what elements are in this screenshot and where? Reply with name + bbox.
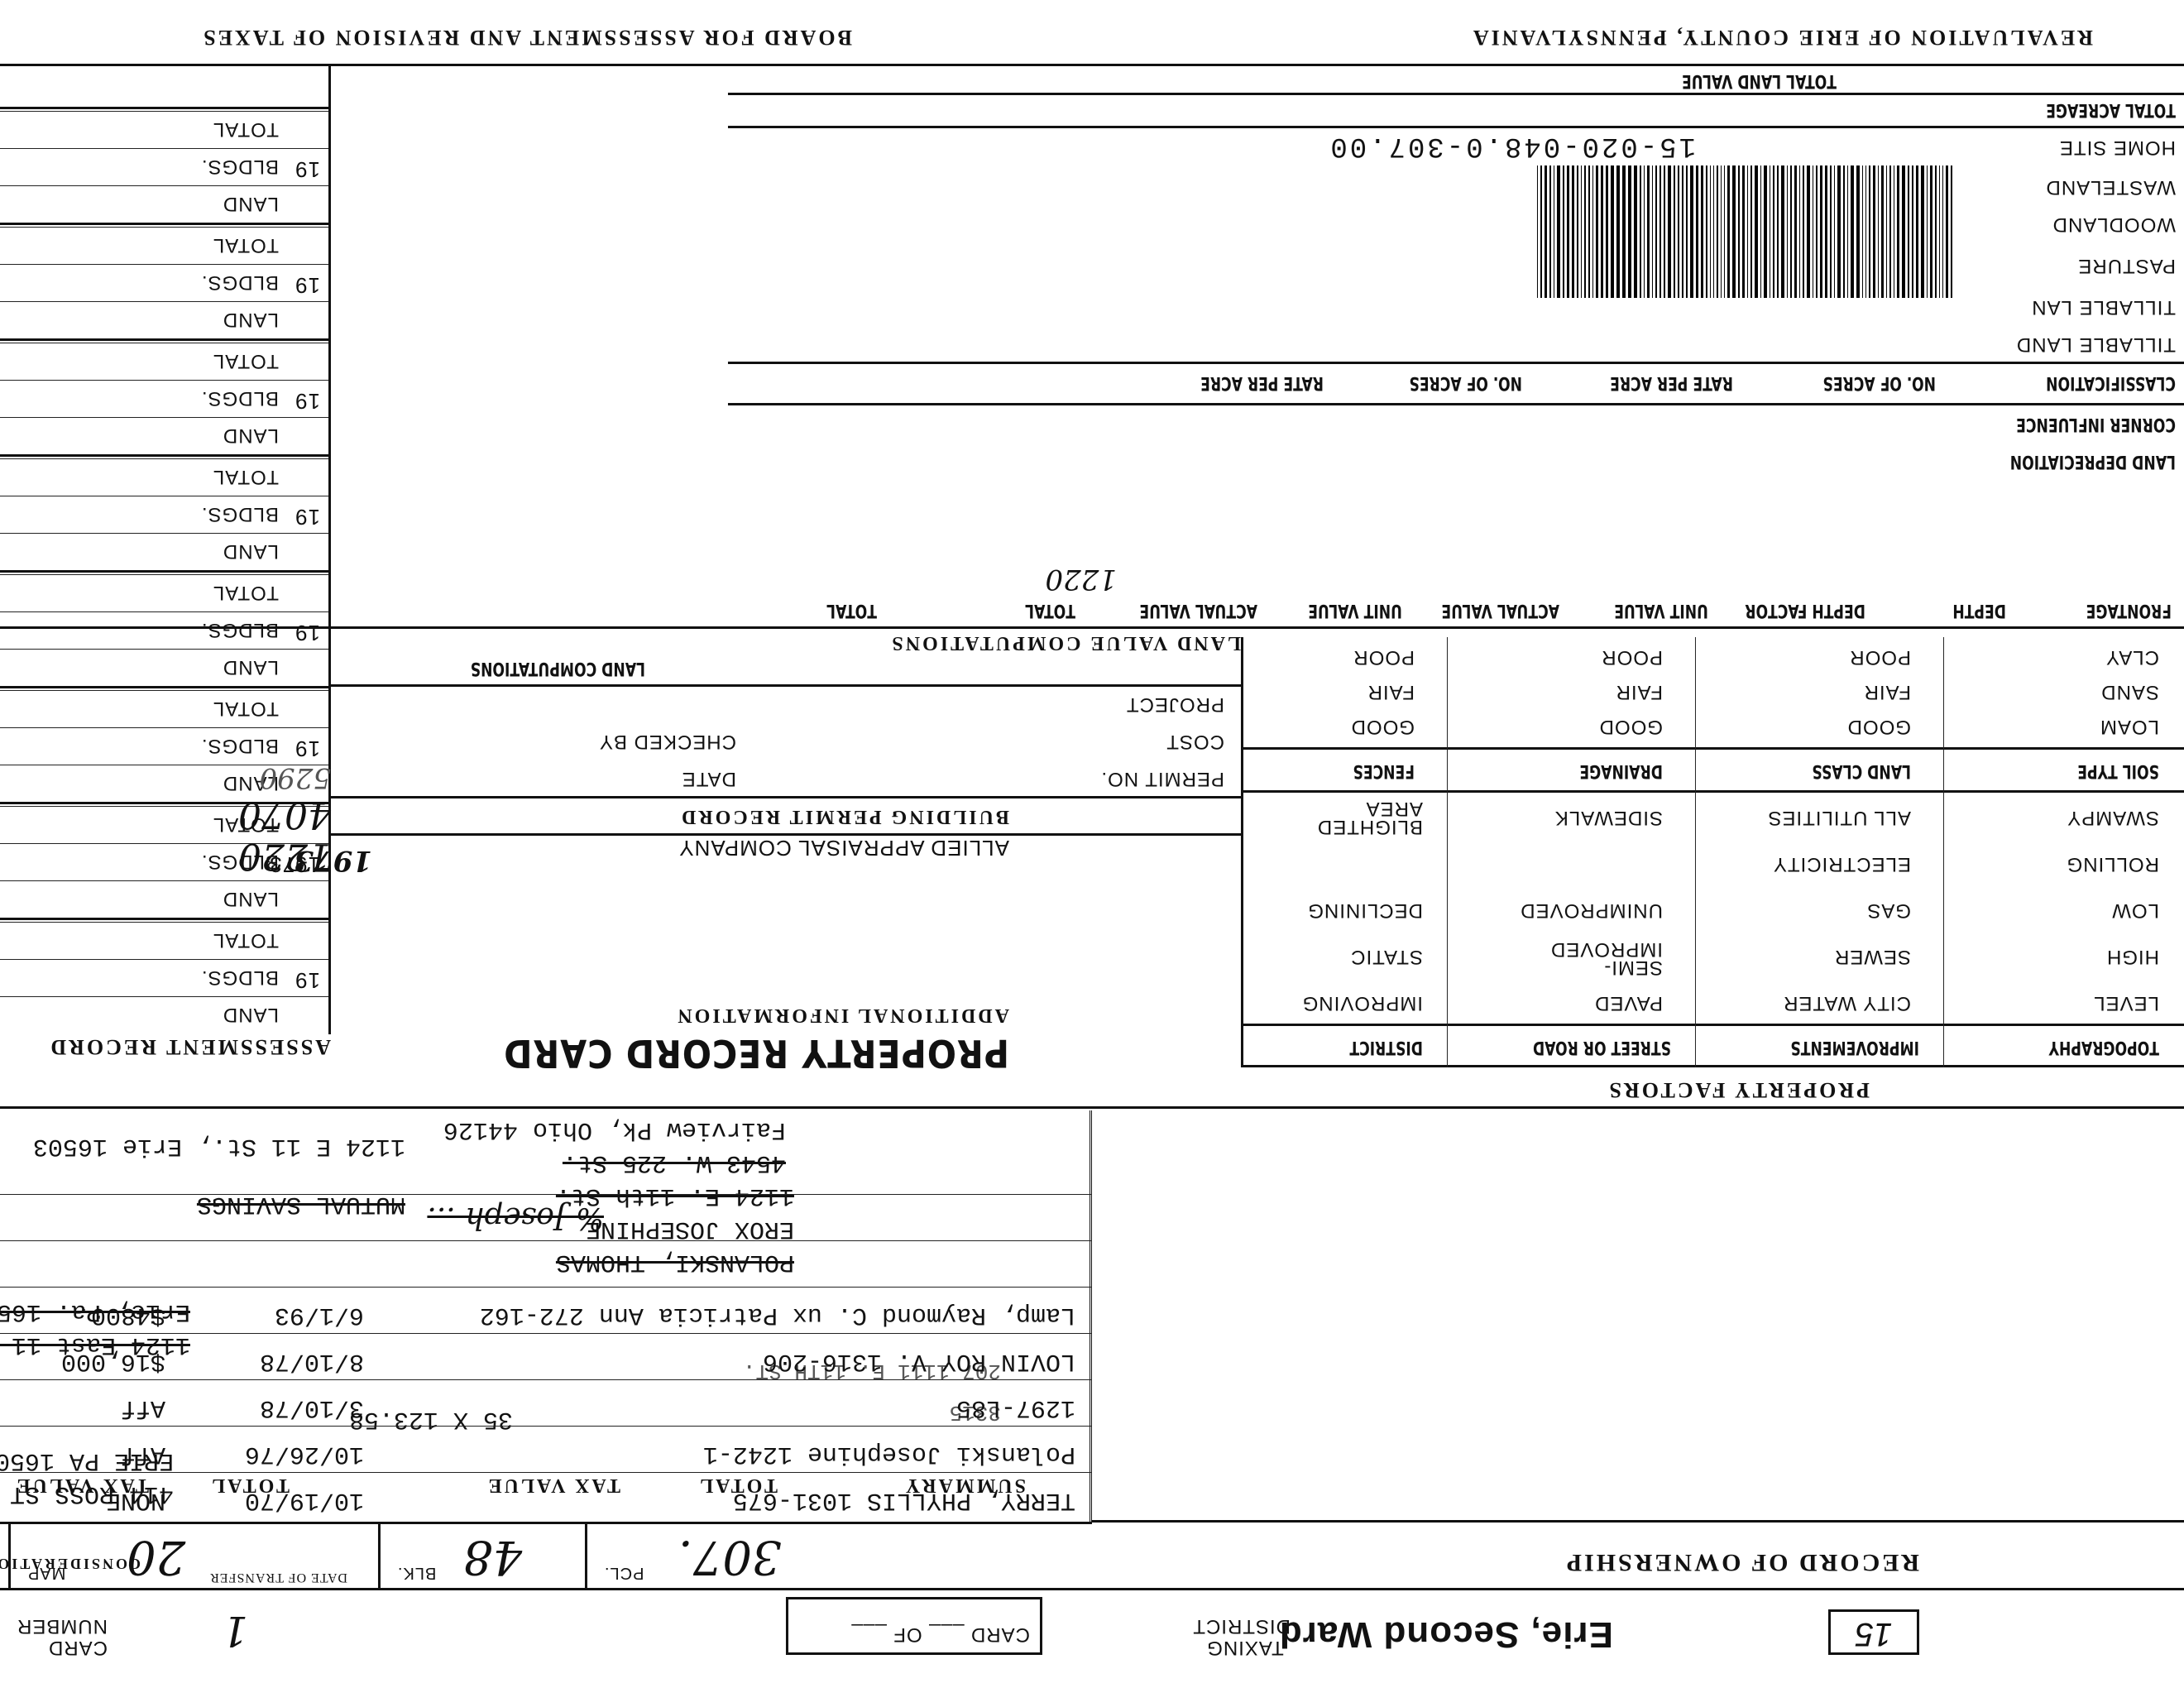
classification-label: CLASSIFICATION <box>2046 372 2176 393</box>
assessment-year: 19 <box>295 388 320 414</box>
parcel-id: 15-020-048.0-307.00 <box>1328 130 1696 161</box>
col-consideration-label: CONSIDERATION <box>0 1555 141 1572</box>
ownership-owner: LOVIN ROY V. 1316-206 <box>763 1347 1075 1375</box>
assessment-total-label: TOTAL <box>213 117 279 141</box>
ownership-owner: Lamp, Raymond C. ux Patricia Ann 272-162 <box>480 1301 1075 1329</box>
assessment-land-label: LAND <box>223 539 279 563</box>
record-card-middle: ADDITIONAL INFORMATION ALLIED APPRAISAL … <box>331 621 1241 1034</box>
assessment-total-label: TOTAL <box>213 928 279 952</box>
assessment-bldgs-label: BLDGS. <box>201 966 279 989</box>
property-factors-title: PROPERTY FACTORS <box>1607 1077 1870 1102</box>
assessment-land-label: LAND <box>223 887 279 910</box>
assessment-year: 19 <box>295 504 320 530</box>
taxing-district-value: Erie, Second Ward <box>1279 1614 1613 1655</box>
ownership-consideration: Aff <box>121 1440 165 1468</box>
col-date-label: DATE OF TRANSFER <box>209 1570 347 1585</box>
assessment-land-label: LAND <box>223 1003 279 1026</box>
assessment-year-1973: 1973 <box>294 844 372 877</box>
summary-label: TAX VALUE <box>486 1474 620 1496</box>
parcel-barcode <box>1291 165 1952 298</box>
assessment-bldgs-label: BLDGS. <box>201 386 279 410</box>
assessment-bldgs-label: BLDGS. <box>201 502 279 525</box>
assessment-total-1973: 5290 <box>259 761 331 794</box>
assessment-year: 19 <box>295 620 320 645</box>
total-land-value-label: TOTAL LAND VALUE <box>1682 70 1837 91</box>
assessment-year: 19 <box>295 736 320 761</box>
corner-influence-label: CORNER INFLUENCE <box>2016 414 2176 434</box>
card-of-box: CARD ___ OF ___ <box>786 1597 1042 1655</box>
ownership-title: RECORD OF OWNERSHIP <box>1564 1548 1919 1576</box>
assessment-bldgs-label: BLDGS. <box>201 734 279 757</box>
assessment-year: 19 <box>295 272 320 298</box>
assessment-total-label: TOTAL <box>213 465 279 488</box>
district-box: 15 <box>1828 1609 1919 1655</box>
total-acreage-label: TOTAL ACREAGE <box>2046 99 2176 120</box>
assessment-land-label: LAND <box>223 655 279 679</box>
assessment-total-label: TOTAL <box>213 349 279 372</box>
land-value-title: LAND VALUE COMPUTATIONS <box>889 631 1241 654</box>
land-value-headers: FRONTAGE DEPTH DEPTH FACTOR UNIT VALUE A… <box>728 596 2184 629</box>
assessment-land-label: LAND <box>223 308 279 331</box>
ownership-consideration: $16,000 <box>61 1347 165 1375</box>
summary-label: TAX VALUE <box>15 1474 149 1496</box>
ownership-date: 3/10/78 <box>260 1393 364 1422</box>
land-total-handwritten: 1220 <box>1045 563 1117 596</box>
assessment-year: 19 <box>295 156 320 182</box>
summary-label: SUMMARY <box>903 1474 1026 1496</box>
summary-label: TOTAL <box>209 1474 290 1496</box>
property-factors-grid: TOPOGRAPHY IMPROVEMENTS STREET OR ROAD D… <box>1241 637 2184 1067</box>
summary-label: TOTAL <box>697 1474 778 1496</box>
card-number-value: 1 <box>222 1607 248 1655</box>
assessment-title: ASSESSMENT RECORD <box>48 1034 331 1059</box>
ownership-record <box>1092 1110 2184 1590</box>
land-depreciation-label: LAND DEPRECIATION <box>2010 451 2176 472</box>
card-number-label: CARD NUMBER <box>17 1615 108 1658</box>
taxing-district-label: TAXING DISTRICT <box>1200 1615 1291 1658</box>
ownership-consideration: Aff <box>121 1393 165 1422</box>
assessment-total-label: TOTAL <box>213 697 279 720</box>
assessment-land-label: LAND <box>223 192 279 215</box>
assessment-year: 19 <box>295 967 320 993</box>
assessment-land-label: LAND <box>223 424 279 447</box>
pcl-field: PCL. 307. <box>587 1524 1092 1590</box>
footer-left-title: BOARD FOR ASSESSMENT AND REVISION OF TAX… <box>201 25 852 50</box>
ownership-owner: 1297-L85 <box>956 1393 1075 1422</box>
assessment-record: LANDBLDGS.TOTAL19LANDBLDGS.TOTAL1973LAND… <box>0 66 331 1034</box>
ownership-consideration: $4800. <box>76 1301 165 1329</box>
assessment-bldgs-label: BLDGS. <box>201 271 279 294</box>
ownership-owner: Polanski Josephine 1242-1 <box>703 1440 1075 1468</box>
record-card-title: PROPERTY RECORD CARD <box>503 1031 1009 1076</box>
assessment-total-label: TOTAL <box>213 233 279 257</box>
assessment-bldgs-label: BLDGS. <box>201 155 279 178</box>
property-record-card: CARD NUMBER 1 CARD ___ OF ___ TAXING DIS… <box>0 0 2184 1688</box>
ownership-date: 10/26/76 <box>245 1440 364 1468</box>
ownership-date: 6/1/93 <box>275 1301 364 1329</box>
assessment-total-label: TOTAL <box>213 581 279 604</box>
assessment-bldgs-label: BLDGS. <box>201 618 279 641</box>
blk-field: BLK. 48 <box>381 1524 587 1590</box>
footer-right-title: REVALUATION OF ERIE COUNTY, PENNSYLVANIA <box>1471 25 2093 50</box>
assessment-bldgs-1973: 4070 <box>238 794 331 836</box>
ownership-date: 8/10/78 <box>260 1347 364 1375</box>
